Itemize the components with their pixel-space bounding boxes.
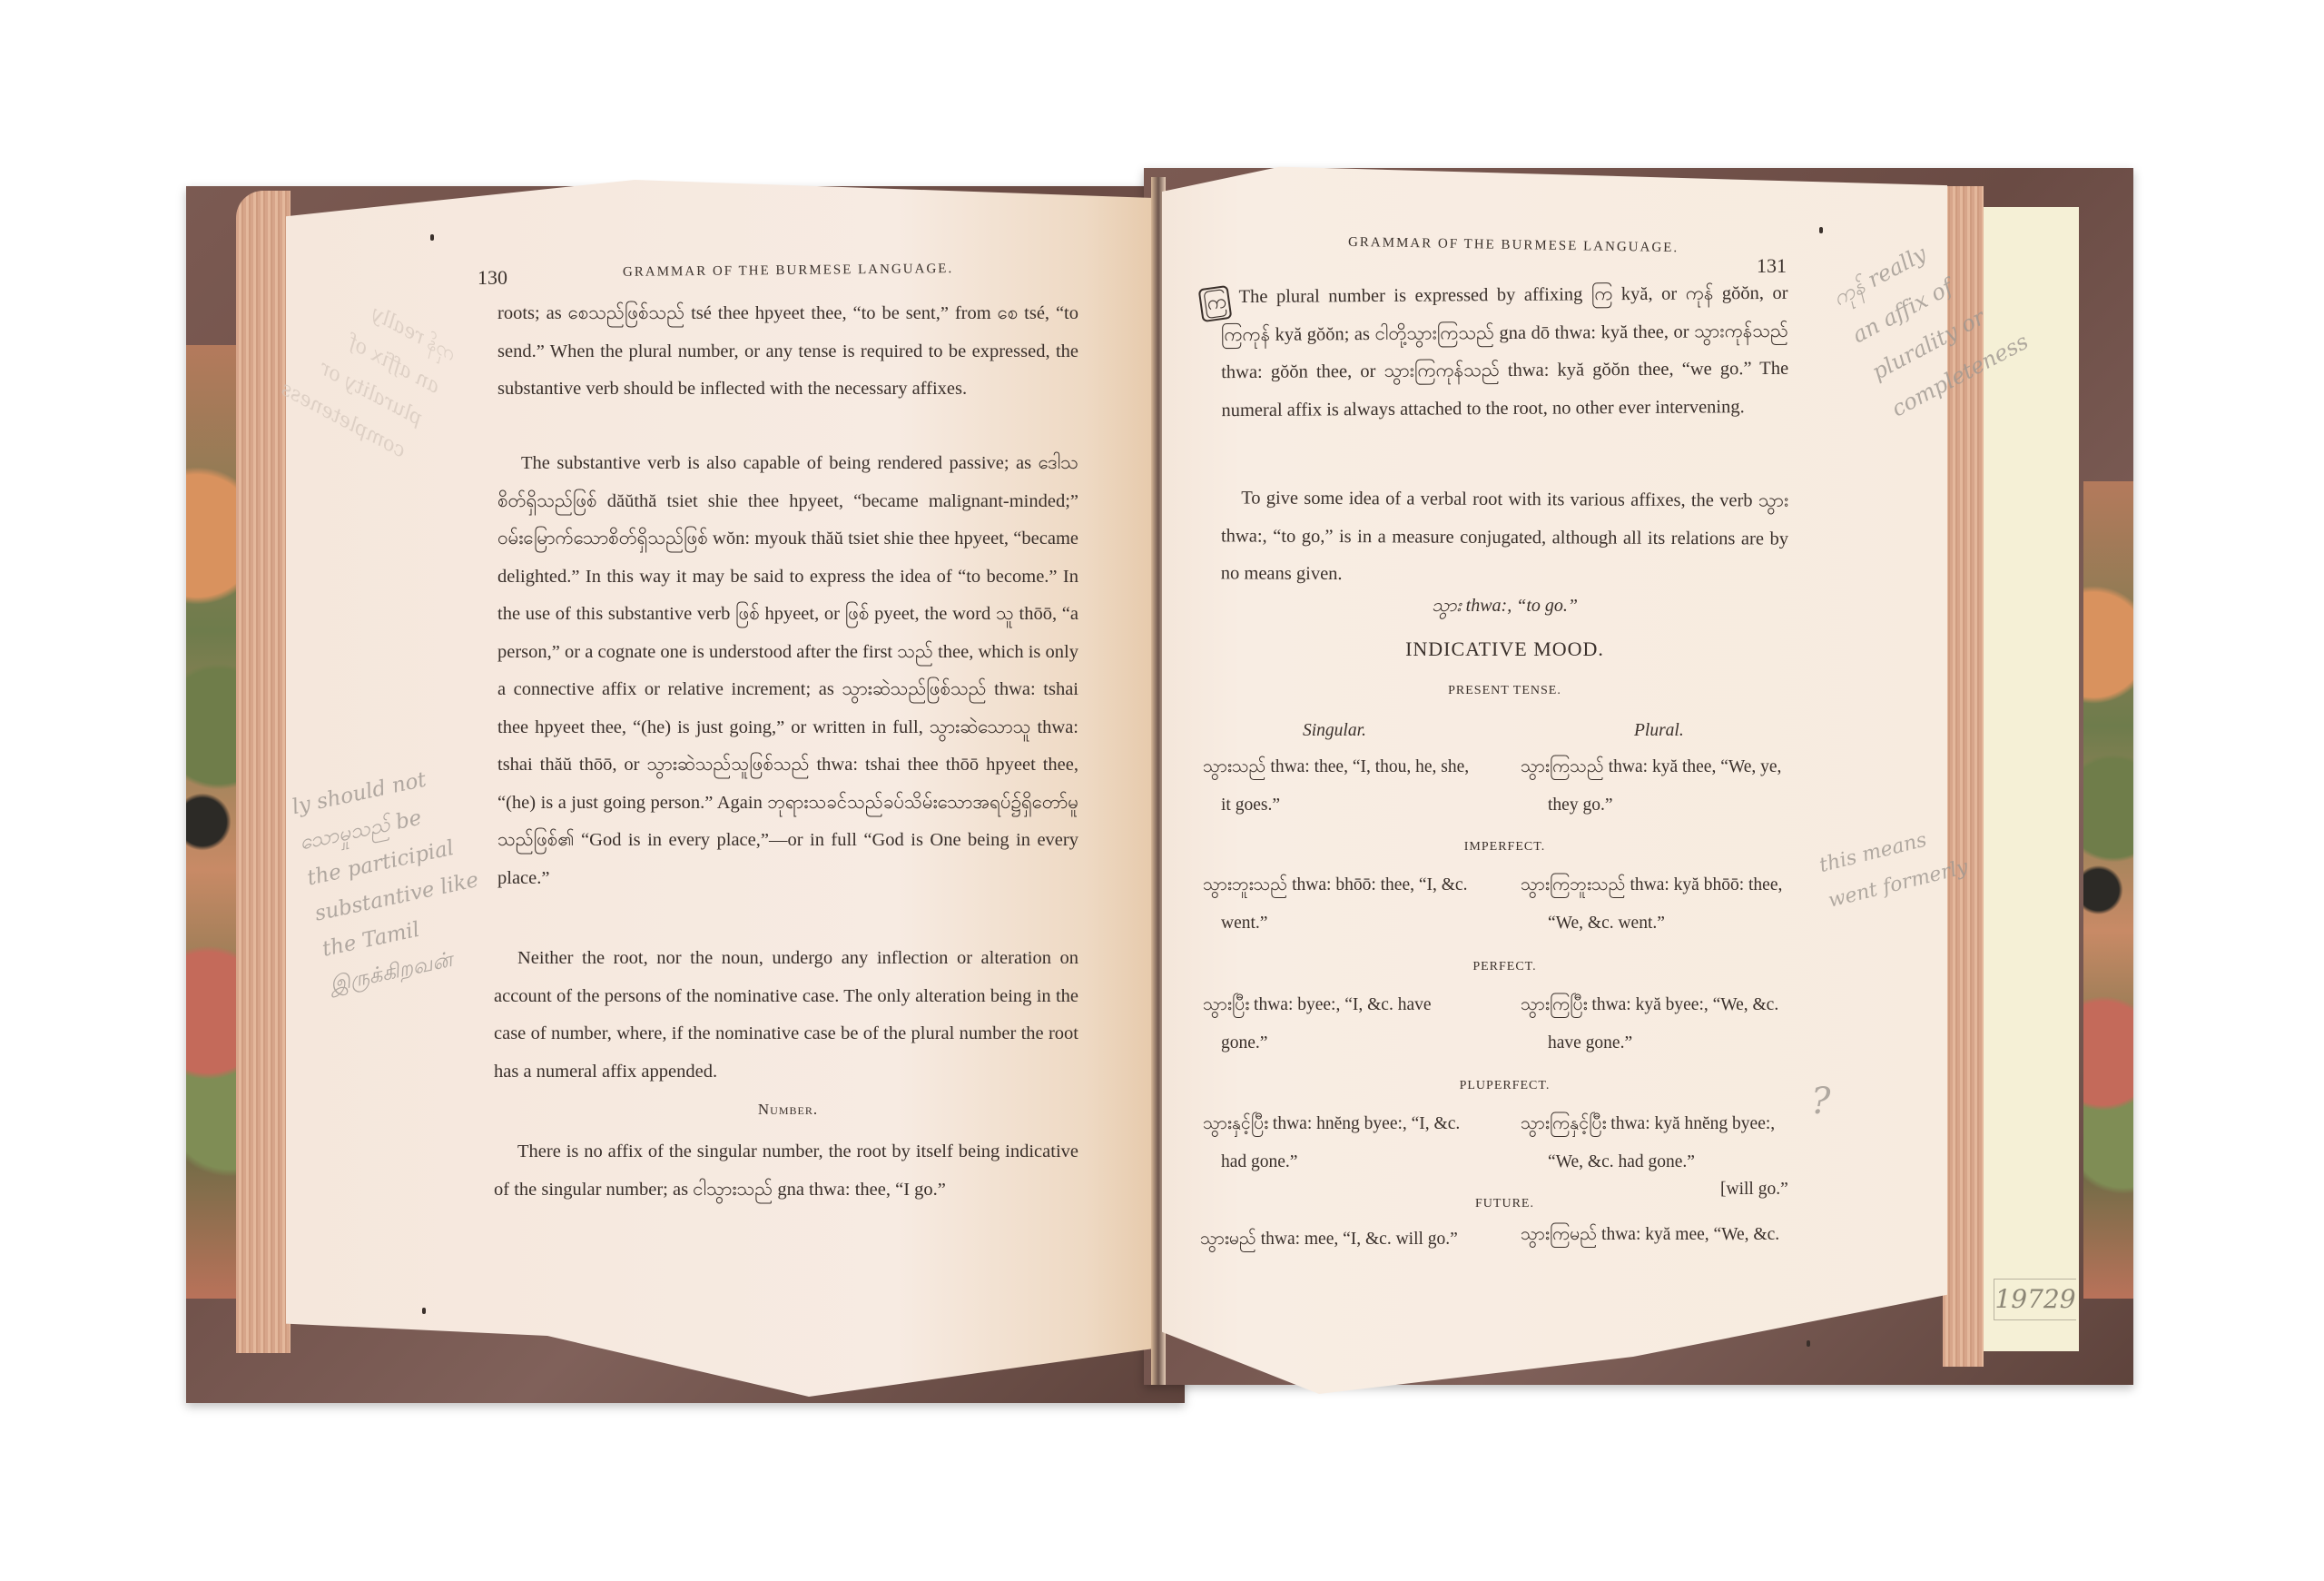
imperfect-singular-cont: went.” bbox=[1221, 905, 1267, 942]
imperfect-singular: သွားဘူးသည် thwa: bhōō: thee, “I, &c. bbox=[1203, 867, 1467, 904]
tense-heading-future: FUTURE. bbox=[1221, 1197, 1788, 1211]
marbled-endpaper-right bbox=[2083, 481, 2133, 1299]
pencil-inventory-number: 19729 bbox=[1994, 1279, 2076, 1320]
pluperfect-plural: သွားကြနှင့်ပြီး thwa: kyă hnĕng byee:, bbox=[1521, 1106, 1775, 1142]
perfect-singular: သွားပြီး thwa: byee:, “I, &c. have bbox=[1203, 987, 1432, 1023]
tense-heading-pluperfect: PLUPERFECT. bbox=[1221, 1079, 1788, 1093]
marbled-endpaper-left bbox=[186, 345, 241, 1299]
column-header-plural: Plural. bbox=[1634, 713, 1684, 749]
ink-speck bbox=[1807, 1340, 1810, 1347]
tense-heading-imperfect: IMPERFECT. bbox=[1221, 840, 1788, 855]
column-header-singular: Singular. bbox=[1303, 713, 1366, 749]
pluperfect-plural-cont: “We, &c. had gone.” bbox=[1548, 1144, 1695, 1181]
ink-speck bbox=[422, 1308, 426, 1314]
ink-speck bbox=[1819, 227, 1823, 233]
perfect-plural: သွားကြပြီး thwa: kyă byee:, “We, &c. bbox=[1521, 987, 1778, 1023]
right-paragraph-1: The plural number is expressed by affixi… bbox=[1220, 275, 1788, 430]
right-paragraph-2: To give some idea of a verbal root with … bbox=[1221, 479, 1789, 596]
pencil-question-mark: ? bbox=[1811, 1081, 1830, 1122]
left-paragraph-1: roots; as စေသည်ဖြစ်သည် tsé thee hpyeet t… bbox=[497, 295, 1078, 409]
perfect-plural-cont: have gone.” bbox=[1548, 1025, 1632, 1062]
page-block-edge-left bbox=[236, 191, 290, 1353]
present-plural: သွားကြသည် thwa: kyă thee, “We, ye, bbox=[1521, 749, 1781, 786]
imperfect-plural-cont: “We, &c. went.” bbox=[1548, 905, 1665, 942]
imperfect-plural: သွားကြဘူးသည် thwa: kyă bhōō: thee, bbox=[1521, 867, 1782, 904]
left-paragraph-number: There is no affix of the singular number… bbox=[494, 1133, 1078, 1209]
perfect-singular-cont: gone.” bbox=[1221, 1025, 1267, 1062]
tense-heading-perfect: PERFECT. bbox=[1221, 960, 1788, 974]
future-plural: သွားကြမည် thwa: kyă mee, “We, &c. bbox=[1521, 1217, 1779, 1253]
present-singular: သွားသည် thwa: thee, “I, thou, he, she, bbox=[1203, 749, 1469, 786]
book-photo: 19729 130 GRAMMAR OF THE BURMESE LANGUAG… bbox=[0, 0, 2324, 1581]
section-heading-number: Number. bbox=[497, 1101, 1078, 1119]
page-number-left: 130 bbox=[478, 266, 507, 290]
present-plural-cont: they go.” bbox=[1548, 787, 1612, 824]
tense-heading-present: PRESENT TENSE. bbox=[1221, 684, 1788, 698]
left-paragraph-2: The substantive verb is also capable of … bbox=[497, 445, 1078, 897]
ink-speck bbox=[430, 234, 434, 241]
mood-heading: INDICATIVE MOOD. bbox=[1221, 637, 1788, 661]
future-singular: သွားမည် thwa: mee, “I, &c. will go.” bbox=[1200, 1221, 1458, 1258]
left-paragraph-3: Neither the root, nor the noun, undergo … bbox=[494, 940, 1078, 1091]
verb-heading: သွား thwa:, “to go.” bbox=[1221, 593, 1788, 620]
present-singular-cont: it goes.” bbox=[1221, 787, 1280, 824]
pluperfect-singular: သွားနှင့်ပြီး thwa: hnĕng byee:, “I, &c. bbox=[1203, 1106, 1460, 1142]
pluperfect-singular-cont: had gone.” bbox=[1221, 1144, 1297, 1181]
